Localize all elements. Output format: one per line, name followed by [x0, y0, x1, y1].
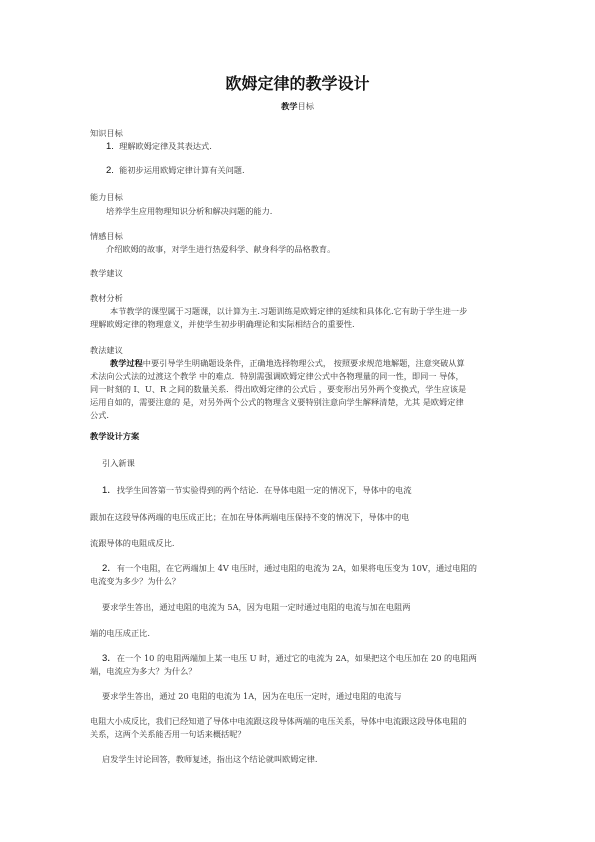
method-suggestions-line: 公式. — [90, 410, 109, 421]
material-analysis-line: 理解欧姆定律的物理意义，并使学生初步明确理论和实际相结合的重要性. — [90, 319, 355, 330]
knowledge-goal-item: 2. 能初步运用欧姆定律计算有关问题. — [106, 165, 245, 176]
material-analysis-heading: 教材分析 — [90, 293, 123, 304]
question-3-answer: 要求学生答出，通过 20 电阻的电流为 1A，因为在电压一定时，通过电阻的电流与 — [102, 691, 402, 702]
subtitle-bold: 教学 — [281, 101, 297, 111]
question-1: 1．找学生回答第一节实验得到的两个结论．在导体电阻一定的情况下，导体中的电流 — [102, 485, 412, 496]
question-1-line: 流跟导体的电阻成反比. — [90, 538, 174, 549]
question-3-answer-line: 关系，这两个关系能否用一句话来概括呢？ — [90, 729, 246, 740]
design-plan-intro: 引入新课 — [102, 458, 135, 469]
question-3-answer-line: 电阻大小成反比，我们已经知道了导体中电流跟这段导体两端的电压关系，导体中电流跟这… — [90, 716, 467, 727]
method-suggestions-line: 同一时刻的 I、U、R 之间的数量关系．得出欧姆定律的公式后 ，要变形出另外两个… — [90, 384, 466, 395]
subtitle-rest: 目标 — [298, 101, 314, 111]
question-3-line: 端，电流应为多大？为什么？ — [90, 666, 196, 677]
document-subtitle: 教学目标 — [0, 101, 595, 112]
teaching-suggestions-heading: 教学建议 — [90, 268, 123, 279]
lead-bold: 教学过程 — [110, 358, 143, 368]
question-2-answer-line: 端的电压成正比. — [90, 628, 150, 639]
question-2-answer: 要求学生答出，通过电阻的电流为 5A，因为电阻一定时通过电阻的电流与加在电阻两 — [102, 602, 410, 613]
document-title: 欧姆定律的教学设计 — [0, 71, 595, 94]
design-plan-conclusion: 启发学生讨论回答，教师复述，指出这个结论就叫欧姆定律. — [102, 754, 317, 765]
question-2-line: 电流变为多少？为什么？ — [90, 576, 180, 587]
question-2: 2．有一个电阻，在它两端加上 4V 电压时，通过电阻的电流为 2A，如果将电压变… — [102, 563, 477, 574]
emotion-goals-heading: 情感目标 — [90, 231, 123, 242]
ability-goals-text: 培养学生应用物理知识分析和解决问题的能力. — [106, 206, 272, 217]
knowledge-goals-heading: 知识目标 — [90, 128, 123, 139]
question-1-line: 跟加在这段导体两端的电压成正比；在加在导体两端电压保持不变的情况下，导体中的电 — [90, 512, 409, 523]
method-suggestions-line: 运用自如的，需要注意的 是，对另外两个公式的物理含义要特别注意向学生解释清楚，尤… — [90, 397, 464, 408]
material-analysis-line: 本节教学的课型属于习题课，以计算为主.习题训练是欧姆定律的延续和具体化.它有助于… — [110, 306, 467, 317]
knowledge-goal-item: 1. 理解欧姆定律及其表达式. — [106, 141, 212, 152]
question-3: 3．在一个 10 的电阻两端加上某一电压 U 时，通过它的电流为 2A，如果把这… — [102, 653, 477, 664]
design-plan-heading: 教学设计方案 — [90, 431, 139, 442]
emotion-goals-text: 介绍欧姆的故事，对学生进行热爱科学、献身科学的品格教育。 — [106, 244, 335, 255]
method-suggestions-heading: 教法建议 — [90, 345, 123, 356]
method-suggestions-line: 教学过程中要引导学生明确题设条件，正确地选择物理公式， 按照要求规范地解题，注意… — [110, 358, 465, 369]
method-suggestions-line: 术法向公式法的过渡这个教学 中的难点．特别需强调欧姆定律公式中各物理量的同一性，… — [90, 371, 464, 382]
ability-goals-heading: 能力目标 — [90, 192, 123, 203]
